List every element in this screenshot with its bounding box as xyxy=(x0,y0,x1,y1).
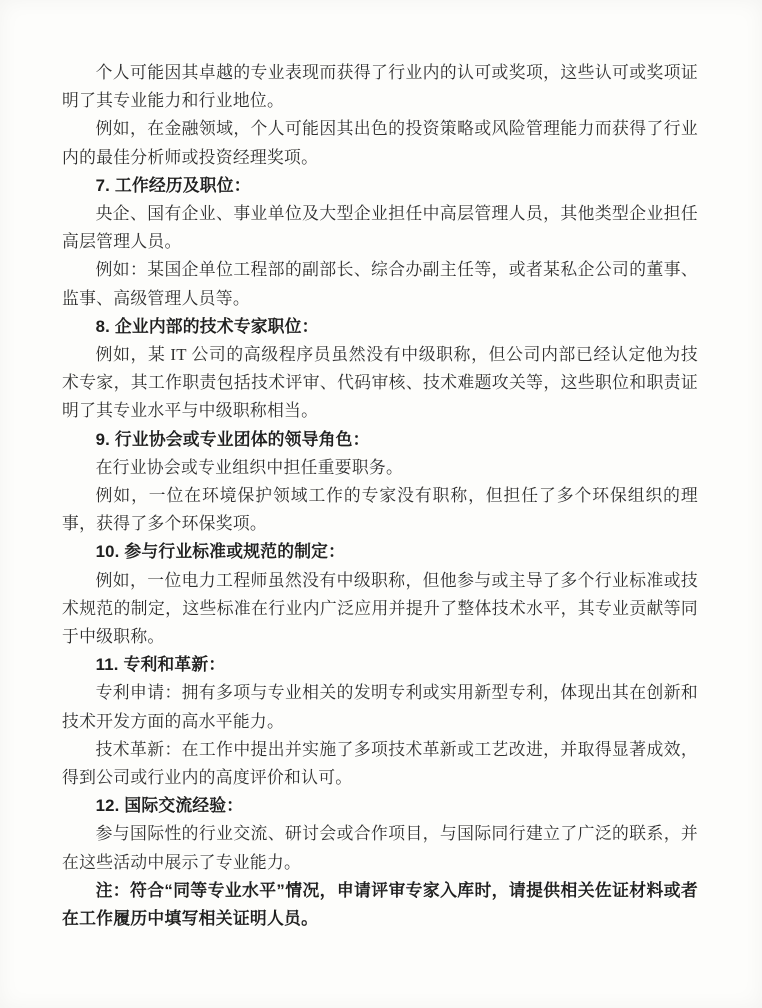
paragraph-8-example: 例如，某 IT 公司的高级程序员虽然没有中级职称，但公司内部已经认定他为技术专家… xyxy=(62,341,698,426)
paragraph-awards-recognition: 个人可能因其卓越的专业表现而获得了行业内的认可或奖项，这些认可或奖项证明了其专业… xyxy=(62,59,698,115)
section-heading-9-association-role: 9. 行业协会或专业团体的领导角色： xyxy=(62,426,698,454)
paragraph-11-patent-application: 专利申请：拥有多项与专业相关的发明专利或实用新型专利，体现出其在创新和技术开发方… xyxy=(62,679,698,735)
document-page: 个人可能因其卓越的专业表现而获得了行业内的认可或奖项，这些认可或奖项证明了其专业… xyxy=(0,0,762,1008)
paragraph-10-example: 例如，一位电力工程师虽然没有中级职称，但他参与或主导了多个行业标准或技术规范的制… xyxy=(62,567,698,652)
section-heading-10-standards: 10. 参与行业标准或规范的制定： xyxy=(62,538,698,566)
paragraph-7-example: 例如：某国企单位工程部的副部长、综合办副主任等，或者某私企公司的董事、监事、高级… xyxy=(62,256,698,312)
paragraph-note: 注：符合“同等专业水平”情况，申请评审专家入库时，请提供相关佐证材料或者在工作履… xyxy=(62,877,698,933)
paragraph-9-example: 例如，一位在环境保护领域工作的专家没有职称，但担任了多个环保组织的理事，获得了多… xyxy=(62,482,698,538)
section-heading-12-international: 12. 国际交流经验： xyxy=(62,792,698,820)
paragraph-11-tech-innovation: 技术革新：在工作中提出并实施了多项技术革新或工艺改进，并取得显著成效，得到公司或… xyxy=(62,736,698,792)
paragraph-7-body: 央企、国有企业、事业单位及大型企业担任中高层管理人员，其他类型企业担任高层管理人… xyxy=(62,200,698,256)
document-body: 个人可能因其卓越的专业表现而获得了行业内的认可或奖项，这些认可或奖项证明了其专业… xyxy=(62,59,698,933)
section-heading-7-work-experience: 7. 工作经历及职位： xyxy=(62,172,698,200)
section-heading-8-tech-expert: 8. 企业内部的技术专家职位： xyxy=(62,313,698,341)
section-heading-11-patents: 11. 专利和革新： xyxy=(62,651,698,679)
paragraph-9-body: 在行业协会或专业组织中担任重要职务。 xyxy=(62,454,698,482)
paragraph-awards-example: 例如，在金融领域，个人可能因其出色的投资策略或风险管理能力而获得了行业内的最佳分… xyxy=(62,115,698,171)
paragraph-12-body: 参与国际性的行业交流、研讨会或合作项目，与国际同行建立了广泛的联系，并在这些活动… xyxy=(62,820,698,876)
